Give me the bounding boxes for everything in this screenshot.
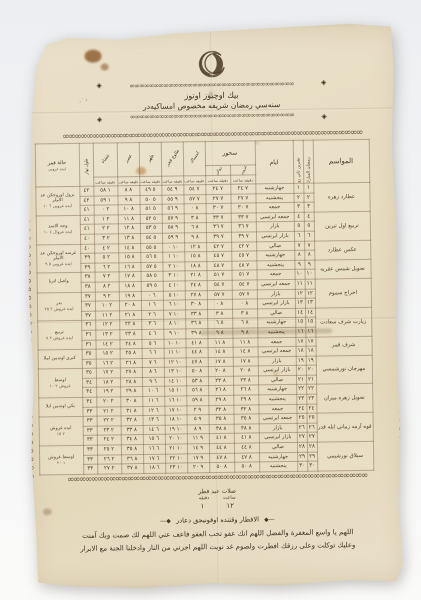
day-length-cell: ٣٥ — [82, 368, 96, 378]
ramazan-day-cell: ١٦ — [305, 327, 315, 337]
ramazan-day-cell: ٣ — [304, 202, 314, 212]
rumi-day-cell: ٢٩ — [297, 452, 307, 462]
col-header-isha: عشاء — [93, 143, 117, 177]
day-length-cell: ٤٢ — [79, 186, 93, 196]
hour-minute-label: دقيقه ساعت — [230, 175, 255, 184]
time-cell: ٨ ٢٠ — [233, 366, 258, 376]
time-cell: ٩ ١٤ — [187, 444, 209, 454]
ramazan-day-cell: ١٨ — [306, 346, 316, 356]
ramazan-day-cell: ٢٦ — [307, 423, 317, 433]
time-cell: ٨ ٣ — [232, 309, 257, 319]
time-cell: ٧ ٣٣ — [206, 213, 231, 223]
time-cell: ٨ ٢٢ — [119, 320, 141, 330]
time-cell: ١٠ ١ — [162, 252, 184, 262]
time-cell: ١ ٥٩ — [93, 195, 117, 205]
time-cell: ٨ ٩ — [232, 328, 257, 338]
time-cell: ٨ ١١ — [118, 214, 140, 224]
rumi-day-cell: ١٣ — [295, 298, 305, 308]
moon-phase-cell: بدرايده غروش ٢ ٢٥ — [37, 292, 81, 321]
time-cell: ٥ ٥٦ — [140, 252, 162, 262]
time-cell: ٢ ١٦ — [96, 359, 120, 369]
time-cell: ٨ ٤١ — [209, 434, 234, 444]
time-cell: ١٠ ٠ — [162, 242, 184, 252]
season-cell: سيلاق نورشيمي — [317, 441, 373, 471]
time-cell: ٨ ١٩ — [119, 291, 141, 301]
day-length-cell: ٣٩ — [80, 253, 94, 263]
season-cell: اخراج سموم — [315, 278, 371, 308]
day-length-cell: ٣٣ — [83, 436, 97, 446]
time-cell: ٧ ٤٨ — [231, 261, 256, 271]
col-header-weekday: ايام — [255, 140, 294, 184]
time-cell: ٨ ٣٣ — [121, 425, 143, 435]
time-cell: ٧ ٢٤ — [230, 184, 255, 194]
time-cell: ٨ ٩ — [207, 328, 232, 338]
time-cell: ٧ ٤٥ — [206, 251, 231, 261]
time-cell: ٢ ١١ — [95, 311, 119, 321]
time-cell: ٨ ٨ — [117, 186, 139, 196]
time-cell: ٩ ٢ — [186, 405, 208, 415]
time-cell: ٨ ٣٤ — [121, 435, 143, 445]
time-cell: ٢ ١٥ — [96, 349, 120, 359]
time-cell: ٦ ٢ — [141, 310, 163, 320]
time-cell: ٨ ٥٠ — [209, 462, 234, 472]
season-cell: تربيع اول تبرين — [314, 211, 370, 241]
weekday-cell: جمعه ايرتسي — [257, 279, 295, 289]
time-cell: ٨ ٣٥ — [234, 414, 259, 424]
time-cell: ٨ ٢٤ — [185, 281, 207, 291]
ramazan-day-cell: ٢١ — [306, 375, 316, 385]
time-cell: ٨ ٣٣ — [185, 309, 207, 319]
time-cell: ٨ ٣٥ — [121, 445, 143, 455]
day-length-cell: ٣٩ — [80, 263, 94, 273]
time-cell: ٦ ٦ — [142, 348, 164, 358]
time-cell: ١٠ ٦ — [163, 300, 185, 310]
time-cell: ٨ ١١ — [207, 338, 232, 348]
title-chain-bottom: ∞∞∞∞∞∞∞∞∞∞∞∞∞∞∞∞∞∞∞∞∞∞∞∞∞∞∞∞∞∞∞∞∞∞ — [106, 112, 318, 122]
time-cell: ٥ ٤٩ — [139, 185, 161, 195]
ramazan-day-cell: ٢٤ — [306, 404, 316, 414]
moon-phase-cell: ايده غروش٢ ١٥ — [39, 417, 83, 446]
moon-phase-cell: غرسه اوروجكن عد الاملرايده غروبي ٥ ٩ — [36, 244, 80, 273]
ramazan-day-cell: ١٧ — [305, 337, 315, 347]
day-length-cell: ٣٤ — [82, 388, 96, 398]
weekday-cell: جمعه ايرتسي — [258, 346, 296, 356]
time-cell: ٦ ٥ — [141, 339, 163, 349]
time-cell: ٩ ٥٦ — [162, 204, 184, 214]
time-cell: ٨ ١٥ — [118, 253, 140, 263]
time-cell: ٧ ٣٣ — [231, 213, 256, 223]
time-cell: ٦ ٤ — [141, 329, 163, 339]
time-cell: ٨ ١٧ — [233, 357, 258, 367]
time-cell: ٨ ٢٦ — [120, 358, 142, 368]
ramazan-day-cell: ٢٨ — [307, 442, 317, 452]
time-cell: ٨ ٢١ — [119, 310, 141, 320]
time-cell: ٨ ١٧ — [208, 357, 233, 367]
rumi-day-cell: ٢٠ — [296, 366, 306, 376]
time-cell: ١٠ ١٦ — [164, 396, 186, 406]
rumi-day-cell: ١٥ — [295, 318, 305, 328]
time-cell: ٢ ١٣ — [95, 330, 119, 340]
time-cell: ٢ ٦ — [94, 263, 118, 273]
moon-phase-cell: تربيعايده غروش ٢ ٧ — [37, 321, 81, 350]
time-cell: ١٠ ٢ — [162, 262, 184, 272]
moon-phase-cell: يكي اوندمن ابلا — [38, 397, 82, 417]
ramazan-day-cell: ٨ — [304, 250, 314, 260]
rumi-day-cell: ٨ — [294, 250, 304, 260]
rumi-day-cell: ٢٨ — [297, 442, 307, 452]
time-cell: ١٠ ١٠ — [163, 338, 185, 348]
time-cell: ٢ ٢١ — [96, 406, 120, 416]
weekday-cell: پنجشنبه — [259, 462, 297, 472]
time-cell: ٥ ٥٩ — [141, 281, 163, 291]
time-cell: ٨ ٦ — [184, 223, 206, 233]
day-length-cell: ٤١ — [80, 205, 94, 215]
day-length-cell: ٣٣ — [83, 455, 97, 465]
time-cell: ٨ ٤١ — [234, 433, 259, 443]
time-cell: ١٠ ٧ — [163, 310, 185, 320]
col-header-sunrise: طلوع فجر — [161, 142, 183, 176]
time-cell: ٢ ٤ — [94, 243, 118, 253]
time-cell: ١٠ ١٥ — [164, 386, 186, 396]
weekday-cell: بازار — [256, 222, 294, 232]
day-length-cell: ٣٣ — [83, 445, 97, 455]
time-cell: ٥ ٥١ — [140, 204, 162, 214]
ramazan-day-cell: ٢٣ — [306, 394, 316, 404]
time-cell: ٥ ٥٨ — [141, 272, 163, 282]
moon-phase-cell: اوسطغروش ٢ ١٠ — [38, 369, 82, 398]
time-cell: ٧ ٣٩ — [206, 232, 231, 242]
rumi-day-cell: ١٤ — [295, 308, 305, 318]
weekday-cell: پنجشنبه — [257, 327, 295, 337]
time-cell: ٨ ٣٢ — [233, 405, 258, 415]
ramazan-day-cell: ٥ — [304, 221, 314, 231]
col-header-asr: عصر — [117, 143, 139, 177]
time-cell: ٦ ١٤ — [143, 425, 165, 435]
time-cell: ٦ ١٧ — [143, 454, 165, 464]
time-cell: ٨ ٩ — [117, 195, 139, 205]
ink-stain-large — [84, 50, 101, 63]
ramazan-day-cell: ١٤ — [305, 308, 315, 318]
col-header-sahur-gurubi: غروبي — [230, 165, 255, 175]
time-cell: ٩ ٥٧ — [162, 214, 184, 224]
ramazan-day-cell: ٢٩ — [307, 452, 317, 462]
time-cell: ٨ ٦ — [232, 318, 257, 328]
paper-shadow-wrap: ء ٬ ٫ ∞∞∞∞∞∞∞∞∞∞∞∞∞∞∞∞∞∞∞∞∞∞∞∞∞∞∞∞∞∞∞∞∞∞… — [0, 0, 421, 600]
day-length-cell: ٣٣ — [83, 464, 97, 474]
time-cell: ٧ ٣٠ — [206, 203, 231, 213]
weekday-cell: پنجشنبه — [256, 260, 294, 270]
ramazan-day-cell: ١٥ — [305, 317, 315, 327]
day-length-cell: ٣٥ — [82, 349, 96, 359]
rumi-day-cell: ٢٢ — [296, 385, 306, 395]
time-cell: ٧ ٥٤ — [183, 185, 205, 195]
time-cell: ٧ ٣٦ — [231, 222, 256, 232]
time-cell: ٢ ٠ — [94, 205, 118, 215]
time-cell: ٨ ١٢ — [184, 242, 206, 252]
season-cell: زيارت شرف سعادت — [315, 307, 371, 337]
time-cell: ٨ ٤٧ — [234, 453, 259, 463]
time-cell: ٧ ٥٧ — [183, 194, 205, 204]
ramazan-day-cell: ٣٠ — [307, 461, 317, 471]
weekday-cell: جمعه — [258, 404, 296, 414]
moon-phase-cell: كبرى اوندمن املا — [38, 349, 82, 369]
time-cell: ٢ ١٠ — [95, 301, 119, 311]
time-cell: ٥ ٥٠ — [139, 195, 161, 205]
title-box: ∞∞∞∞∞∞∞∞∞∞∞∞∞∞∞∞∞∞∞∞∞∞∞∞∞∞∞∞∞∞∞∞∞∞ ∞∞∞∞∞… — [99, 80, 324, 121]
time-cell: ٨ ٢٩ — [120, 387, 142, 397]
ramazan-day-cell: ٦ — [304, 231, 314, 241]
time-cell: ٢ ٨ — [95, 282, 119, 292]
day-length-cell: ٤٠ — [80, 244, 94, 254]
time-cell: ٧ ٣٩ — [231, 232, 256, 242]
time-cell: ٨ ٣٩ — [185, 329, 207, 339]
day-length-cell: ٣٣ — [83, 426, 97, 436]
day-length-cell: ٣٣ — [83, 416, 97, 426]
rumi-day-cell: ٩ — [294, 260, 304, 270]
time-cell: ٨ ٢١ — [185, 271, 207, 281]
time-cell: ٩ ٥٤ — [161, 185, 183, 195]
time-cell: ٢ ٢٤ — [97, 435, 121, 445]
time-cell: ٢ ٢٦ — [97, 454, 121, 464]
col-header-day-length: طول نهار — [79, 143, 94, 186]
day-length-cell: ٣٧ — [81, 311, 95, 321]
rumi-day-cell: ٥ — [294, 222, 304, 232]
time-cell: ٢ ١٤ — [95, 339, 119, 349]
time-cell: ١٠ ١٢ — [164, 358, 186, 368]
day-length-cell: ٣٨ — [81, 273, 95, 283]
day-length-cell: ٣٣ — [82, 407, 96, 417]
time-cell: ٢ ١٩ — [96, 387, 120, 397]
time-cell: ٦ ٨ — [142, 367, 164, 377]
eid-saat-value: ١٢ — [226, 502, 234, 511]
weekday-cell: جمعه — [257, 337, 295, 347]
rumi-day-cell: ١ — [293, 183, 303, 193]
ramazan-day-cell: ٢٠ — [306, 365, 316, 375]
season-cell: قوه آرمه زماني ايله قدر — [317, 413, 373, 443]
season-cell: تحويل زهره ميزان — [316, 384, 372, 414]
time-cell: ٨ ٣٧ — [121, 464, 143, 474]
moon-phase-cell: واصل اثريا — [37, 273, 81, 293]
weekday-cell: پنجشنبه — [255, 193, 293, 203]
moon-phase-cell: اوسط غروش١ ٢٠ — [39, 445, 83, 474]
weekday-cell: جمعه — [256, 203, 294, 213]
weekday-cell: جهارشنبه — [255, 183, 293, 193]
time-cell: ١٠ ٨ — [163, 319, 185, 329]
day-length-cell: ٣٨ — [81, 282, 95, 292]
time-cell: ٨ ١٢ — [118, 224, 140, 234]
time-cell: ٨ ٥٠ — [234, 462, 259, 472]
rumi-day-cell: ٣٠ — [297, 461, 307, 471]
rumi-day-cell: ٢ — [293, 193, 303, 203]
hour-minute-label: دقيقه ساعت — [93, 177, 117, 186]
time-cell: ١٠ ٥ — [163, 290, 185, 300]
time-cell: ٨ ٢٨ — [120, 377, 142, 387]
time-cell: ١٠ ١٤ — [164, 377, 186, 387]
time-cell: ٩ ٢٠ — [187, 463, 209, 473]
ramazan-day-cell: ٢٧ — [307, 433, 317, 443]
weekday-cell: صالي — [259, 442, 297, 452]
weekday-cell: جهارشنبه — [259, 452, 297, 462]
heading-ornament-icon: ◆— — [160, 517, 171, 524]
time-cell: ٦ ١٥ — [143, 435, 165, 445]
time-cell: ٨ ٢٣ — [233, 376, 258, 386]
rumi-day-cell: ١٨ — [296, 346, 306, 356]
day-length-cell: ٤٠ — [80, 234, 94, 244]
weekday-cell: صالي — [257, 308, 295, 318]
ramazan-day-cell: ٩ — [304, 260, 314, 270]
time-cell: ٨ ٢٠ — [119, 301, 141, 311]
title-subtitle-line: سنه‌سي رمضان شريفه مخصوص امساكيه‌در — [108, 100, 316, 113]
time-cell: ٧ ٤٥ — [231, 251, 256, 261]
time-cell: ٨ ٢٦ — [208, 386, 233, 396]
time-cell: ٨ ٩ — [184, 233, 206, 243]
time-cell: ٨ ٢٤ — [119, 339, 141, 349]
hour-minute-label: دقيقه ساعت — [161, 176, 183, 185]
time-cell: ١٠ ١٨ — [165, 415, 187, 425]
time-cell: ٢ ٢٥ — [97, 445, 121, 455]
rumi-day-cell: ٢٦ — [297, 423, 307, 433]
time-cell: ٧ ٢٤ — [205, 184, 230, 194]
col-header-zuhr: ظهر — [139, 142, 161, 176]
time-cell: ٨ ١٨ — [119, 281, 141, 291]
rumi-day-cell: ٢٤ — [296, 404, 306, 414]
rumi-day-cell: ٣ — [294, 202, 304, 212]
ramazan-day-cell: ١٢ — [305, 289, 315, 299]
time-cell: ٨ ٢٣ — [208, 376, 233, 386]
time-cell: ٨ ٤٤ — [209, 443, 234, 453]
weekday-cell: جهارشنبه — [258, 385, 296, 395]
ramazan-day-cell: ١٩ — [306, 356, 316, 366]
hour-minute-label: دقيقه ساعت — [117, 177, 139, 186]
weekday-cell: بازار ايرتسي — [258, 366, 296, 376]
time-cell: ١٠ ٣ — [163, 271, 185, 281]
weekday-cell: بازار ايرتسي — [259, 433, 297, 443]
time-cell: ٨ ٠ — [184, 204, 206, 214]
time-cell: ٦ ١٨ — [143, 463, 165, 473]
time-cell: ٨ ٤٧ — [209, 453, 234, 463]
time-cell: ٥ ٥٢ — [140, 214, 162, 224]
ramazan-day-cell: ١ — [303, 183, 313, 193]
time-cell: ٨ ٢٧ — [120, 368, 142, 378]
time-cell: ٢ ٢٠ — [96, 397, 120, 407]
rumi-day-cell: ١٢ — [295, 289, 305, 299]
time-cell: ٨ ٤١ — [185, 338, 207, 348]
time-cell: ٢ ٢٣ — [97, 426, 121, 436]
time-cell: ١٠ ٢٣ — [165, 463, 187, 473]
time-cell: ٨ ١٤ — [233, 347, 258, 357]
time-cell: ١ ٥٨ — [93, 186, 117, 196]
time-cell: ١٠ ١١ — [164, 348, 186, 358]
time-cell: ٨ ٤٤ — [234, 443, 259, 453]
time-cell: ٧ ٥١ — [232, 270, 257, 280]
weekday-cell: جهارشنبه — [256, 251, 294, 261]
time-cell: ٨ ٢٧ — [185, 290, 207, 300]
time-cell: ٢ ١٧ — [96, 368, 120, 378]
time-cell: ٨ ٣ — [184, 213, 206, 223]
rumi-day-cell: ٢٥ — [297, 413, 307, 423]
time-cell: ١٠ ٢٢ — [165, 454, 187, 464]
time-cell: ١٠ ١٧ — [164, 406, 186, 416]
imsakiye-table: المواسم رمضان المبارك تشرين ثاني رومي اي… — [34, 139, 374, 475]
rumi-day-cell: ١٧ — [295, 337, 305, 347]
weekday-cell: بازار — [258, 356, 296, 366]
weekday-cell: جمعه ايرتسي — [259, 414, 297, 424]
time-cell: ٨ ١٤ — [118, 243, 140, 253]
season-cell: عكس عطارد — [314, 240, 370, 260]
frame-chain-right: ∞∞∞∞∞∞∞∞∞∞∞∞∞∞∞∞∞∞∞∞∞∞∞∞∞∞∞∞∞∞∞∞∞∞∞∞∞∞∞∞… — [393, 135, 408, 473]
season-cell: مهرجان نورشمسي — [316, 355, 372, 385]
time-cell: ٧ ٤٢ — [206, 242, 231, 252]
time-cell: ٨ ١٤ — [208, 347, 233, 357]
hour-minute-label: دقيقه ساعت — [183, 176, 205, 185]
rumi-day-cell: ٧ — [294, 241, 304, 251]
time-cell: ٧ ٢٧ — [205, 194, 230, 204]
time-cell: ٨ ٤٧ — [186, 357, 208, 367]
time-cell: ٢ ٢ — [94, 224, 118, 234]
rumi-day-cell: ٢٣ — [296, 394, 306, 404]
time-cell: ٢ ١٨ — [96, 378, 120, 388]
time-cell: ٨ ٤٤ — [186, 348, 208, 358]
rumi-day-cell: ١٩ — [296, 356, 306, 366]
col-header-sahur-zevali: زوالي — [205, 165, 230, 175]
time-cell: ٧ ٥٤ — [207, 280, 232, 290]
time-cell: ٨ ١٠ — [118, 205, 140, 215]
time-cell: ٩ ١١ — [187, 434, 209, 444]
time-cell: ٦ ١٦ — [143, 444, 165, 454]
time-cell: ٨ ٥٩ — [186, 396, 208, 406]
time-cell: ٩ ٨ — [187, 424, 209, 434]
time-cell: ٨ ٣ — [207, 309, 232, 319]
time-cell: ٢ ١ — [94, 215, 118, 225]
time-cell: ٥ ٥٣ — [140, 224, 162, 234]
time-cell: ٦ ٠ — [141, 291, 163, 301]
time-cell: ٨ ٢٩ — [233, 395, 258, 405]
time-cell: ٨ ٢٩ — [208, 395, 233, 405]
photo-background: { "colors":{"paper":"#e8dec6","ink":"#4a… — [0, 0, 421, 600]
time-cell: ٨ ٣٠ — [185, 300, 207, 310]
time-cell: ١٠ ١٣ — [164, 367, 186, 377]
col-header-ramazan-day: رمضان المبارك — [303, 140, 314, 183]
time-cell: ٨ ٣٢ — [208, 405, 233, 415]
rumi-day-cell: ٢١ — [296, 375, 306, 385]
ramazan-day-cell: ١١ — [305, 279, 315, 289]
ramazan-day-cell: ٢٢ — [306, 385, 316, 395]
day-length-cell: ٣٦ — [81, 340, 95, 350]
col-header-imsak: امساك — [183, 142, 205, 176]
time-cell: ٢ ٣ — [94, 234, 118, 244]
timetable-frame: ∞∞∞∞∞∞∞∞∞∞∞∞∞∞∞∞∞∞∞∞∞∞∞∞∞∞∞∞∞∞∞∞∞∞∞∞∞∞∞∞… — [23, 128, 406, 485]
time-cell: ٨ ٢٣ — [119, 329, 141, 339]
moon-phase-cell: نزول اوروجكن عد الاملرايده غروبي ٦ ١٠ — [35, 186, 79, 215]
corner-rosette-icon: ◈ — [321, 79, 326, 85]
time-cell: ٨ ٠ — [207, 299, 232, 309]
time-cell: ٨ ٢٦ — [233, 385, 258, 395]
weekday-cell: جمعه ايرتسي — [256, 212, 294, 222]
frame-chain-left: ∞∞∞∞∞∞∞∞∞∞∞∞∞∞∞∞∞∞∞∞∞∞∞∞∞∞∞∞∞∞∞∞∞∞∞∞∞∞∞∞… — [21, 141, 36, 479]
time-cell: ٨ ١٥ — [184, 252, 206, 262]
time-cell: ٨ ٣١ — [120, 406, 142, 416]
time-cell: ١٠ ١٩ — [165, 425, 187, 435]
ink-stain-small — [101, 63, 109, 70]
time-cell: ٨ ٣٦ — [121, 454, 143, 464]
day-length-cell: ٣٦ — [81, 330, 95, 340]
ramazan-day-cell: ١٠ — [305, 269, 315, 279]
ramazan-day-cell: ٢ — [303, 193, 313, 203]
time-cell: ١٠ ٢٠ — [165, 434, 187, 444]
time-cell: ٥ ٥٤ — [140, 233, 162, 243]
rumi-day-cell: ١١ — [295, 279, 305, 289]
ramazan-day-cell: ٧ — [304, 241, 314, 251]
